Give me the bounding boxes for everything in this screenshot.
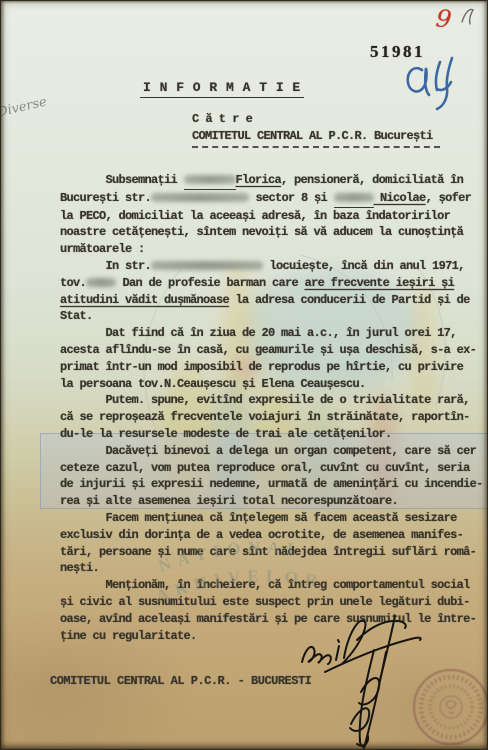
- redacted-name: [151, 258, 263, 275]
- typed-text: du-le la resursele modeste de trai ale c…: [60, 427, 392, 441]
- typed-line: Dat fiind că în ziua de 20 mai a.c., în …: [60, 325, 472, 342]
- typed-text: , șofer: [426, 191, 472, 205]
- redacted-name: [334, 190, 374, 208]
- typed-text: Nicolae: [374, 191, 426, 205]
- signature-ink-bottom: [350, 650, 386, 750]
- registry-number-stamp: 51981: [370, 42, 425, 62]
- typed-line: rea și alte asemenea ieșiri total necore…: [60, 493, 472, 510]
- typed-text: locuiește, încă din anul 1971,: [263, 259, 465, 273]
- typed-line: du-le la resursele modeste de trai ale c…: [60, 426, 472, 443]
- typed-text: atitudini vădit dușmănoase: [60, 293, 229, 307]
- typed-line: oase, avînd aceleași manifestări și pe c…: [60, 611, 472, 628]
- redaction-blur: [86, 278, 116, 287]
- typed-line: și civic al susnumitului este suspect pr…: [60, 594, 472, 611]
- typed-text: la PECO, domiciliat la aceeași adresă, î…: [60, 209, 450, 223]
- typed-text: București str.: [60, 191, 151, 205]
- typed-text: sector 8 și: [249, 191, 334, 205]
- typed-text: ceteze cazul, vom putea reproduce oral, …: [60, 461, 470, 475]
- typed-text: rea și alte asemenea ieșiri total necore…: [60, 494, 398, 508]
- typed-line: că se reproșează frecventele voiajuri în…: [60, 409, 472, 426]
- typed-paragraph: Subsemnații Florica, pensioneră, domicil…: [60, 172, 472, 258]
- addressee-dashed-underline: [192, 146, 440, 148]
- addressee-line: COMITETUL CENTRAL AL P.C.R. București: [192, 129, 433, 143]
- typed-text: , pensioneră, domiciliată în: [281, 173, 463, 187]
- typed-text: Dan de profesie barman care: [116, 276, 305, 290]
- salutation: C ă t r e: [192, 112, 252, 126]
- typed-paragraph: In str. locuiește, încă din anul 1971,to…: [60, 258, 472, 325]
- typed-body: Subsemnații Florica, pensioneră, domicil…: [60, 172, 472, 644]
- typed-text: are frecvente ieșiri și: [305, 276, 455, 290]
- redaction-blur: [334, 193, 374, 202]
- typed-line: Stat.: [60, 308, 472, 325]
- typed-text: primat într-un mod imposibil de reprodus…: [60, 360, 463, 374]
- typed-text: că se reproșează frecventele voiajuri în…: [60, 410, 470, 424]
- typed-line: la PECO, domiciliat la aceeași adresă, î…: [60, 208, 472, 225]
- typed-text: Florica: [236, 173, 282, 187]
- pencil-scribble: [462, 10, 473, 25]
- typed-text: Facem mențiunea că înțelegem să facem ac…: [60, 511, 457, 525]
- typed-line: exclusiv din dorința de a vedea ocrotite…: [60, 527, 472, 544]
- typed-line: In str. locuiește, încă din anul 1971,: [60, 258, 472, 275]
- typed-line: tov. Dan de profesie barman care are fre…: [60, 275, 472, 292]
- blue-initials: [408, 58, 452, 109]
- typed-text: Menționăm, în încheiere, că întreg compo…: [60, 578, 470, 592]
- typed-paragraph: Dacăveți binevoi a delega un organ compe…: [60, 443, 472, 510]
- round-stamp: [414, 670, 488, 744]
- typed-text: și civic al susnumitului este suspect pr…: [60, 595, 470, 609]
- typed-paragraph: Dat fiind că în ziua de 20 mai a.c., în …: [60, 325, 472, 392]
- redaction-blur: [184, 175, 236, 184]
- typed-line: Putem. spune, evitînd expresiile de o tr…: [60, 392, 472, 409]
- typed-line: Subsemnații Florica, pensioneră, domicil…: [60, 172, 472, 190]
- sender-line: COMITETUL CENTRAL AL P.C.R. - BUCURESTI: [50, 674, 311, 688]
- document-page: I N F O R M A T I E C ă t r e COMITETUL …: [0, 0, 488, 750]
- red-page-number: 9: [434, 4, 453, 34]
- typed-paragraph: Menționăm, în încheiere, că întreg compo…: [60, 577, 472, 644]
- redacted-name: [151, 190, 249, 207]
- typed-paragraph: Facem mențiunea că înțelegem să facem ac…: [60, 510, 472, 577]
- typed-text: In str.: [60, 259, 151, 273]
- typed-text: Stat.: [60, 309, 93, 323]
- redacted-name: [86, 275, 116, 292]
- typed-line: acesta aflîndu-se în casă, cu geamurile …: [60, 342, 472, 359]
- typed-line: ține cu regularitate.: [60, 628, 472, 645]
- typed-text: tov.: [60, 276, 86, 290]
- redacted-name: [184, 172, 236, 190]
- typed-line: noastre cetățenești, sîntem nevoiți să v…: [60, 224, 472, 241]
- typed-text: la adresa conducerii de Partid și de: [229, 293, 470, 307]
- typed-line: nești.: [60, 560, 472, 577]
- typed-text: de injurii și expresii nedemne, urmată d…: [60, 477, 483, 491]
- typed-line: ceteze cazul, vom putea reproduce oral, …: [60, 460, 472, 477]
- typed-text: nești.: [60, 561, 99, 575]
- typed-line: la persoana tov.N.Ceaușescu și Elena Cea…: [60, 376, 472, 393]
- typed-text: oase, avînd aceleași manifestări și pe c…: [60, 612, 476, 626]
- typed-text: Putem. spune, evitînd expresiile de o tr…: [60, 393, 470, 407]
- typed-text: tări, persoane și nume care sînt nădejde…: [60, 545, 476, 559]
- typed-text: acesta aflîndu-se în casă, cu geamurile …: [60, 343, 476, 357]
- typed-text: Subsemnații: [60, 173, 184, 187]
- margin-note-diverse: Diverse: [0, 95, 48, 121]
- typed-paragraph: Putem. spune, evitînd expresiile de o tr…: [60, 392, 472, 442]
- typed-line: primat într-un mod imposibil de reprodus…: [60, 359, 472, 376]
- typed-line: următoarele :: [60, 241, 472, 258]
- typed-text: noastre cetățenești, sîntem nevoiți să v…: [60, 225, 463, 239]
- typed-line: de injurii și expresii nedemne, urmată d…: [60, 476, 472, 493]
- typed-text: la persoana tov.N.Ceaușescu și Elena Cea…: [60, 377, 366, 391]
- typed-line: atitudini vădit dușmănoase la adresa con…: [60, 292, 472, 309]
- redaction-blur: [151, 193, 249, 202]
- redaction-blur: [151, 261, 263, 270]
- typed-text: exclusiv din dorința de a vedea ocrotite…: [60, 528, 463, 542]
- typed-line: tări, persoane și nume care sînt nădejde…: [60, 544, 472, 561]
- document-title: I N F O R M A T I E: [140, 80, 304, 98]
- typed-text: Dat fiind că în ziua de 20 mai a.c., în …: [60, 326, 457, 340]
- typed-text: următoarele :: [60, 242, 145, 256]
- typed-line: Facem mențiunea că înțelegem să facem ac…: [60, 510, 472, 527]
- typed-line: Menționăm, în încheiere, că întreg compo…: [60, 577, 472, 594]
- typed-line: București str. sector 8 și Nicolae, șofe…: [60, 190, 472, 208]
- typed-text: Dacăveți binevoi a delega un organ compe…: [60, 444, 476, 458]
- typed-text: ține cu regularitate.: [60, 629, 197, 643]
- typed-line: Dacăveți binevoi a delega un organ compe…: [60, 443, 472, 460]
